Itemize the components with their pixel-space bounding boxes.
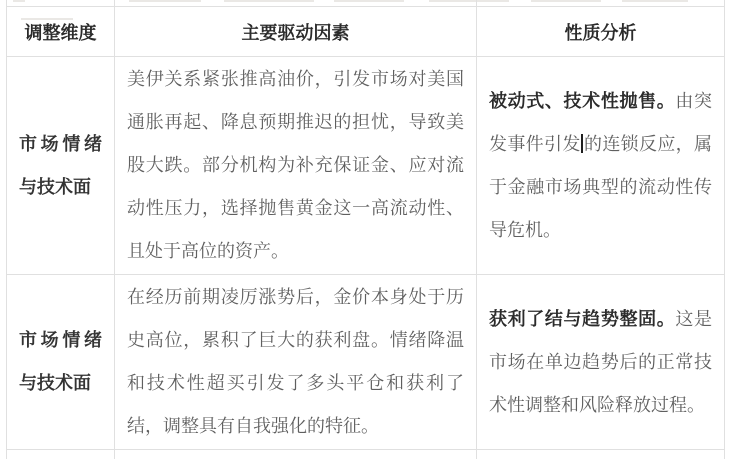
table-row: 市场情绪与技术面 美伊关系紧张推高油价，引发市场对美国通胀再起、降息预期推迟的担… [6, 57, 725, 275]
table-row: 市场情绪与技术面 在经历前期凌厉涨势后，金价本身处于历史高位，累积了巨大的获利盘… [6, 275, 725, 450]
analysis-table: 调整维度 主要驱动因素 性质分析 市场情绪与技术面 美伊关系紧张推高油价，引发市… [6, 0, 725, 459]
drivers-text: 在经历前期凌厉涨势后，金价本身处于历史高位，累积了巨大的获利盘。情绪降温和技术性… [115, 276, 476, 448]
drivers-cell[interactable]: 美伊关系紧张推高油价，引发市场对美国通胀再起、降息预期推迟的担忧，导致美股大跌。… [115, 57, 477, 274]
nature-text: 获利了结与趋势整固。这是市场在单边趋势后的正常技术性调整和风险释放过程。 [477, 298, 724, 427]
column-header-drivers[interactable]: 主要驱动因素 [115, 7, 477, 56]
column-header-nature[interactable]: 性质分析 [477, 7, 725, 56]
nature-lead-bold: 被动式、技术性抛售。 [489, 91, 675, 111]
table-cell [7, 450, 115, 459]
drivers-cell[interactable]: 在经历前期凌厉涨势后，金价本身处于历史高位，累积了巨大的获利盘。情绪降温和技术性… [115, 275, 477, 449]
table-cell [115, 450, 477, 459]
nature-text: 被动式、技术性抛售。由突发事件引发的连锁反应，属于金融市场典型的流动性传导危机。 [477, 80, 724, 252]
nature-cell[interactable]: 被动式、技术性抛售。由突发事件引发的连锁反应，属于金融市场典型的流动性传导危机。 [477, 57, 725, 274]
dimension-cell[interactable]: 市场情绪与技术面 [7, 275, 115, 449]
document-canvas: 调整维度 主要驱动因素 性质分析 市场情绪与技术面 美伊关系紧张推高油价，引发市… [0, 0, 732, 459]
table-row-cropped-top [6, 0, 725, 7]
drivers-text: 美伊关系紧张推高油价，引发市场对美国通胀再起、降息预期推迟的担忧，导致美股大跌。… [115, 58, 476, 273]
dimension-text: 市场情绪与技术面 [7, 123, 114, 209]
table-row-cropped-bottom [6, 450, 725, 459]
nature-cell[interactable]: 获利了结与趋势整固。这是市场在单边趋势后的正常技术性调整和风险释放过程。 [477, 275, 725, 449]
dimension-cell[interactable]: 市场情绪与技术面 [7, 57, 115, 274]
table-cell [477, 450, 725, 459]
column-header-dimension[interactable]: 调整维度 [7, 7, 115, 56]
table-cell [115, 0, 477, 6]
nature-lead-bold: 获利了结与趋势整固。 [489, 309, 675, 329]
text-caret [581, 134, 583, 153]
table-cell [477, 0, 725, 6]
dimension-text: 市场情绪与技术面 [7, 319, 114, 405]
table-header-row: 调整维度 主要驱动因素 性质分析 [6, 7, 725, 57]
table-cell [7, 0, 115, 6]
